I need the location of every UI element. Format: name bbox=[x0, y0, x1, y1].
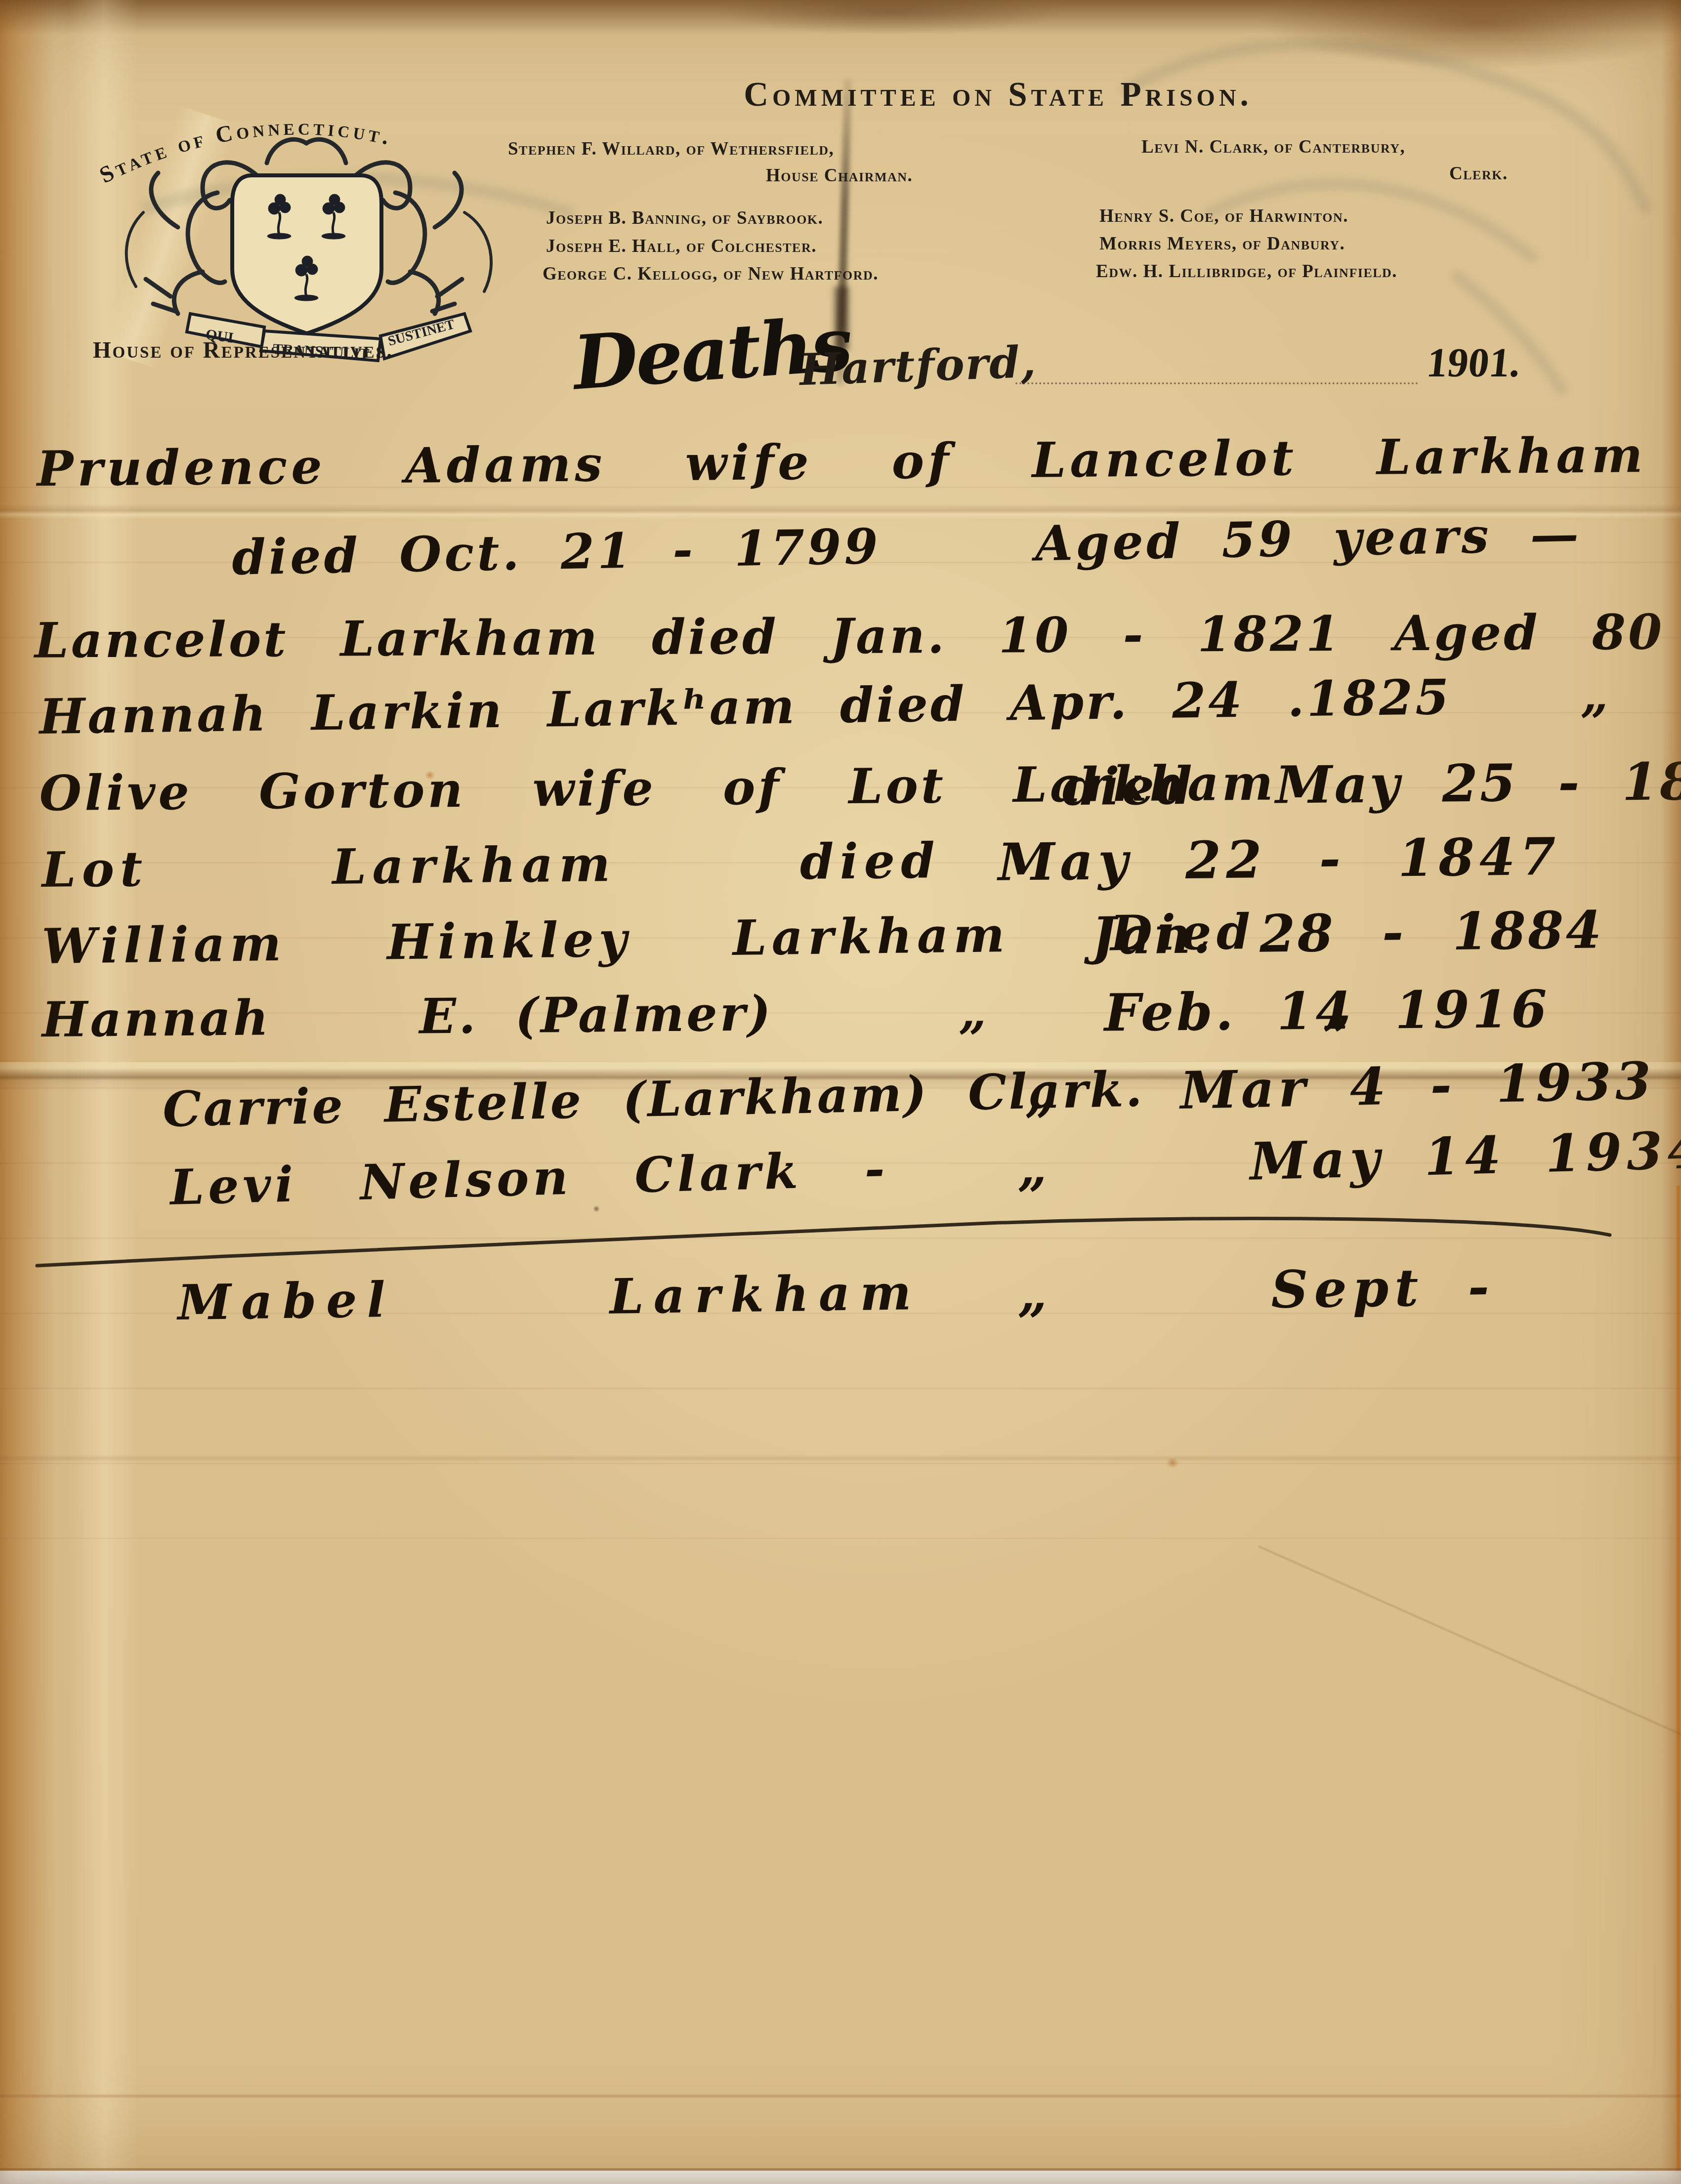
officer-kellogg: George C. Kellogg, of New Hartford. bbox=[543, 263, 879, 285]
entry-date: died May 25 - 1834 bbox=[1062, 750, 1681, 818]
scanner-strip bbox=[0, 2171, 1681, 2184]
crease-3 bbox=[0, 1455, 1681, 1462]
paper-bottom-edge bbox=[0, 2168, 1681, 2171]
committee-title: Committee on State Prison. bbox=[578, 75, 1418, 114]
bleed-through-ghost bbox=[0, 0, 1681, 395]
top-right-stain bbox=[1260, 0, 1681, 69]
ink-smear-blob bbox=[834, 287, 849, 351]
seal-motto-sustinet: SUSTINET bbox=[386, 317, 457, 349]
officer-coe: Henry S. Coe, of Harwinton. bbox=[1099, 206, 1348, 227]
officer-hall: Joseph E. Hall, of Colchester. bbox=[546, 236, 817, 257]
entry-date: May 22 - 1847 bbox=[998, 826, 1561, 893]
entry-text: Prudence Adams wife of Lancelot Larkham … bbox=[37, 426, 1681, 497]
year-label: 1901. bbox=[1425, 339, 1523, 387]
seal-motto-transtulit: TRANSTULIT bbox=[273, 341, 370, 362]
seal-grapevines bbox=[267, 194, 345, 301]
house-of-representatives-caption: House of Representatives. bbox=[93, 337, 394, 364]
hartford-label: Hartford, bbox=[798, 336, 1038, 396]
seal-ribbon: QUI TRANSTULIT SUSTINET bbox=[187, 314, 470, 362]
connecticut-state-seal: State of Connecticut. QUI bbox=[54, 64, 553, 371]
svg-text:State of Connecticut.: State of Connecticut. bbox=[95, 114, 395, 188]
entry-text: Mabel Larkham bbox=[177, 1264, 922, 1331]
scanned-letter: State of Connecticut. QUI bbox=[0, 0, 1681, 2184]
diagonal-crease bbox=[1258, 1545, 1681, 1770]
officer-banning: Joseph B. Banning, of Saybrook. bbox=[546, 207, 823, 229]
officer-willard: Stephen F. Willard, of Wethersfield, bbox=[508, 138, 834, 160]
deaths-label: Deaths bbox=[571, 301, 853, 407]
officer-house-chairman: House Chairman. bbox=[766, 165, 913, 186]
entry-date: Feb. 14 1916 bbox=[1104, 979, 1550, 1043]
dateline-rule bbox=[1015, 352, 1418, 384]
ink-smear bbox=[836, 79, 852, 385]
entry-date: „ Sept - 1884 bbox=[1017, 1250, 1681, 1324]
entry-text: Lot Larkham died bbox=[42, 832, 941, 899]
officer-meyers: Morris Meyers, of Danbury. bbox=[1099, 233, 1345, 254]
entry-line: Mabel Larkham „ Sept - 1884 bbox=[0, 1254, 1681, 1361]
top-center-smudge bbox=[716, 0, 1062, 35]
entry-date: „ Mar 4 - 1933 bbox=[1024, 1050, 1656, 1124]
officer-lillibridge: Edw. H. Lillibridge, of Plainfield. bbox=[1096, 261, 1397, 282]
officer-clerk: Clerk. bbox=[1449, 163, 1508, 184]
officer-clark: Levi N. Clark, of Canterbury, bbox=[1141, 136, 1405, 158]
top-edge-burn bbox=[0, 0, 1681, 35]
rust-spot bbox=[1166, 1457, 1179, 1468]
seal-motto-qui: QUI bbox=[205, 326, 235, 346]
entry-text: Lancelot Larkham died Jan. 10 - 1821 Age… bbox=[35, 602, 1681, 669]
entry-date: Jan. 28 - 1884 bbox=[1092, 899, 1604, 966]
seal-shield bbox=[232, 175, 381, 333]
seal-flourishes bbox=[126, 139, 491, 314]
fold-highlight bbox=[100, 106, 236, 369]
seal-arc-text: State of Connecticut. bbox=[95, 114, 395, 188]
crease-4 bbox=[0, 2094, 1681, 2099]
